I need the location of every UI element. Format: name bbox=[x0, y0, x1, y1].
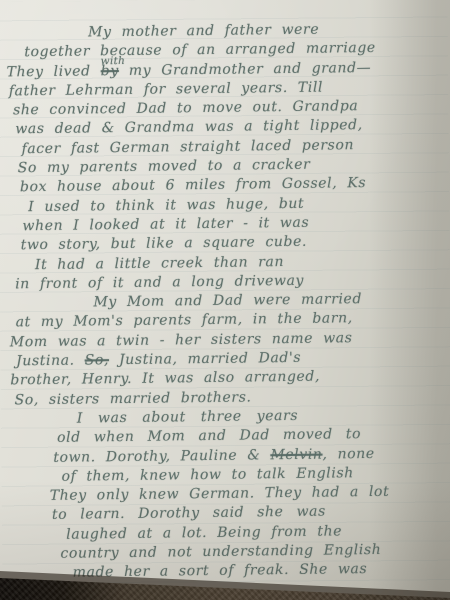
line23-prefix: town. Dorothy, Pauline & bbox=[53, 447, 270, 466]
crossed-out-word: So, bbox=[85, 352, 109, 368]
inserted-word-above: with bbox=[101, 52, 126, 72]
line23-suffix: , none bbox=[322, 445, 374, 462]
line18-suffix: Justina, married Dad's bbox=[109, 350, 301, 368]
handwriting-text-block: My mother and father were together becau… bbox=[0, 19, 450, 584]
crossed-out-word: withby bbox=[101, 63, 119, 79]
line18-prefix: Justina. bbox=[16, 353, 85, 370]
photo-of-handwritten-page: My mother and father were together becau… bbox=[0, 0, 450, 600]
line3-suffix: my Grandmother and grand— bbox=[119, 60, 372, 79]
line3-prefix: They lived bbox=[6, 63, 100, 80]
crossed-out-word: Melvin bbox=[270, 446, 322, 463]
